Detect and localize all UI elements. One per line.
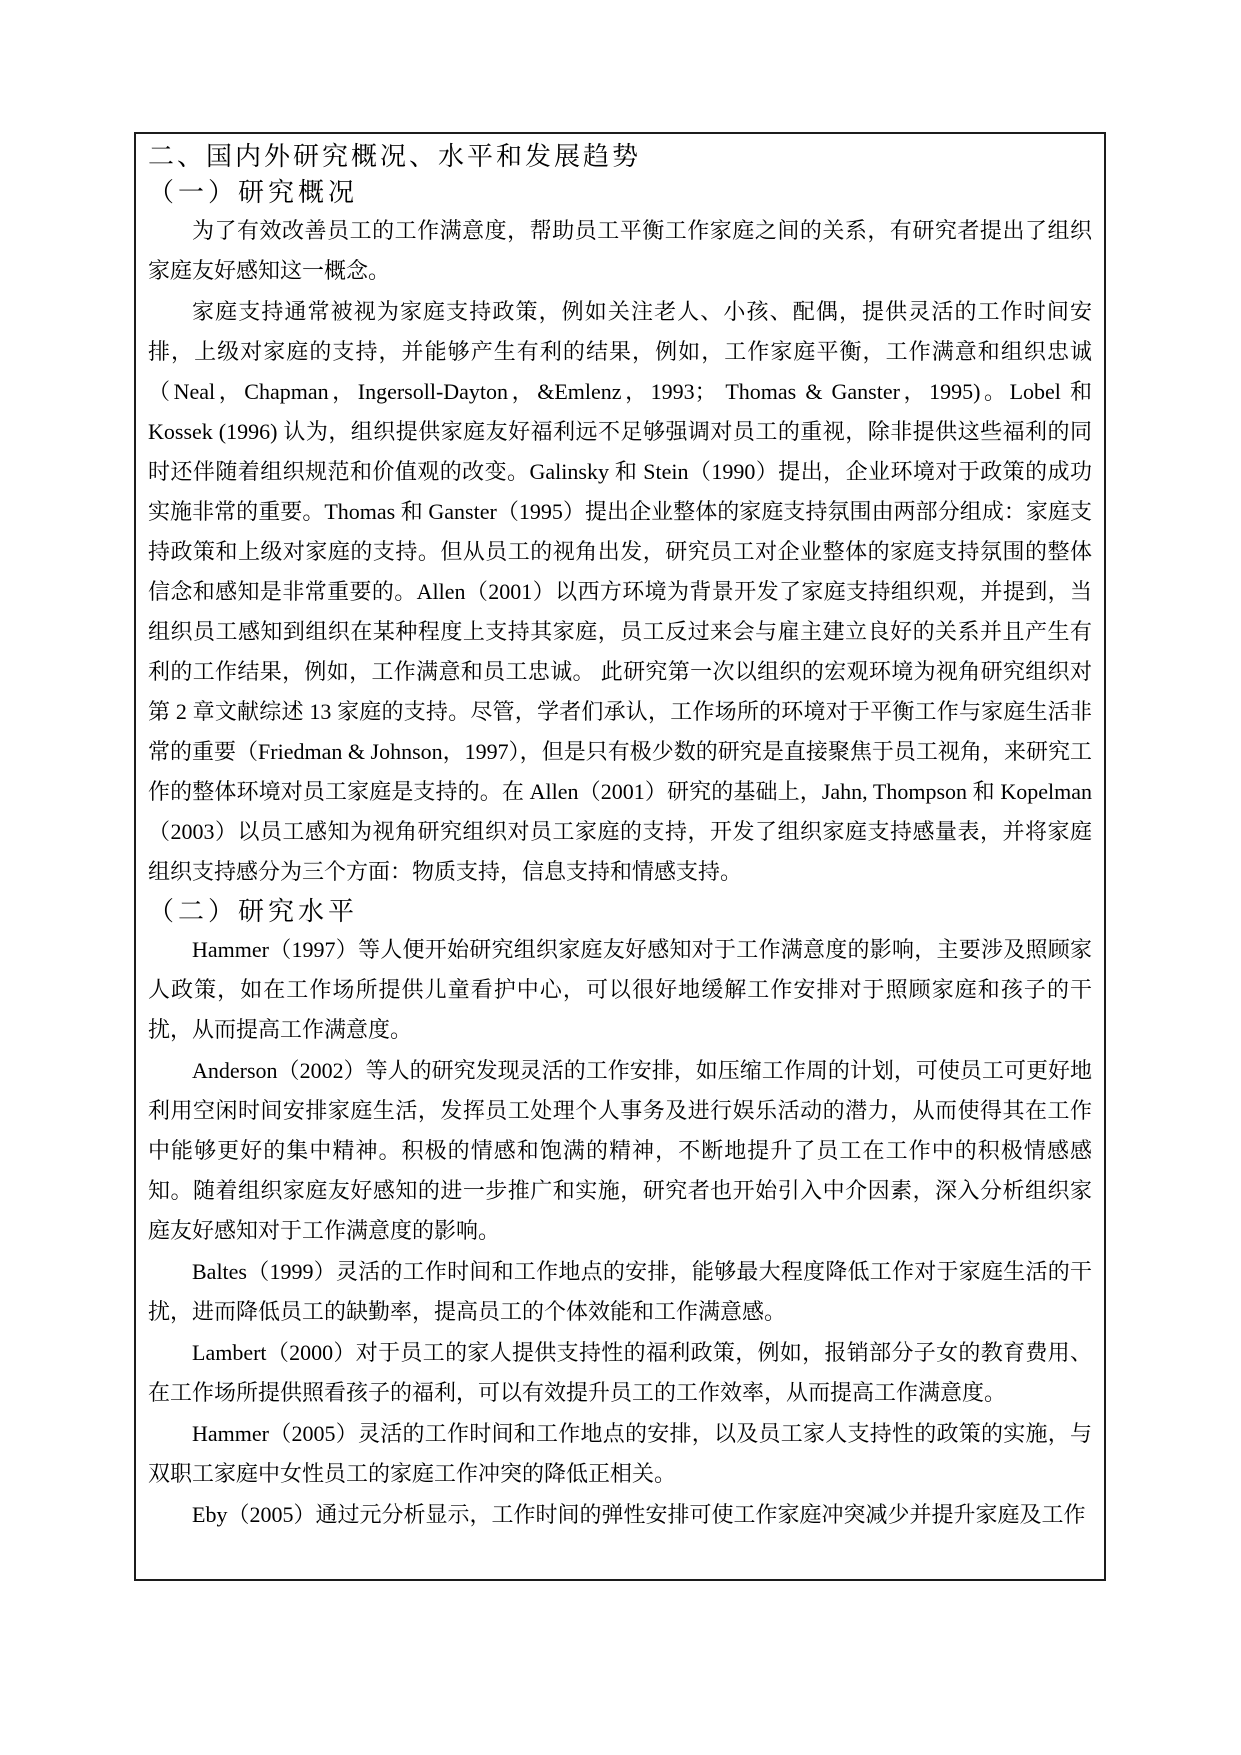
subsection-heading-research-level: （二）研究水平: [148, 893, 1092, 930]
content-border-box: 二、国内外研究概况、水平和发展趋势 （一）研究概况 为了有效改善员工的工作满意度…: [134, 132, 1106, 1581]
subsection-heading-research-overview: （一）研究概况: [148, 174, 1092, 211]
paragraph-level-eby-2005: Eby（2005）通过元分析显示，工作时间的弹性安排可使工作家庭冲突减少并提升家…: [148, 1495, 1092, 1535]
paragraph-overview-1: 为了有效改善员工的工作满意度，帮助员工平衡工作家庭之间的关系，有研究者提出了组织…: [148, 211, 1092, 291]
paragraph-level-anderson-2002: Anderson（2002）等人的研究发现灵活的工作安排，如压缩工作周的计划，可…: [148, 1051, 1092, 1251]
paragraph-level-lambert-2000: Lambert（2000）对于员工的家人提供支持性的福利政策，例如，报销部分子女…: [148, 1333, 1092, 1413]
section-title: 二、国内外研究概况、水平和发展趋势: [148, 140, 1092, 174]
paragraph-level-baltes-1999: Baltes（1999）灵活的工作时间和工作地点的安排，能够最大程度降低工作对于…: [148, 1252, 1092, 1332]
document-page: 二、国内外研究概况、水平和发展趋势 （一）研究概况 为了有效改善员工的工作满意度…: [0, 0, 1241, 1755]
paragraph-level-hammer-1997: Hammer（1997）等人便开始研究组织家庭友好感知对于工作满意度的影响，主要…: [148, 930, 1092, 1050]
paragraph-overview-2: 家庭支持通常被视为家庭支持政策，例如关注老人、小孩、配偶，提供灵活的工作时间安排…: [148, 292, 1092, 892]
paragraph-level-hammer-2005: Hammer（2005）灵活的工作时间和工作地点的安排，以及员工家人支持性的政策…: [148, 1414, 1092, 1494]
